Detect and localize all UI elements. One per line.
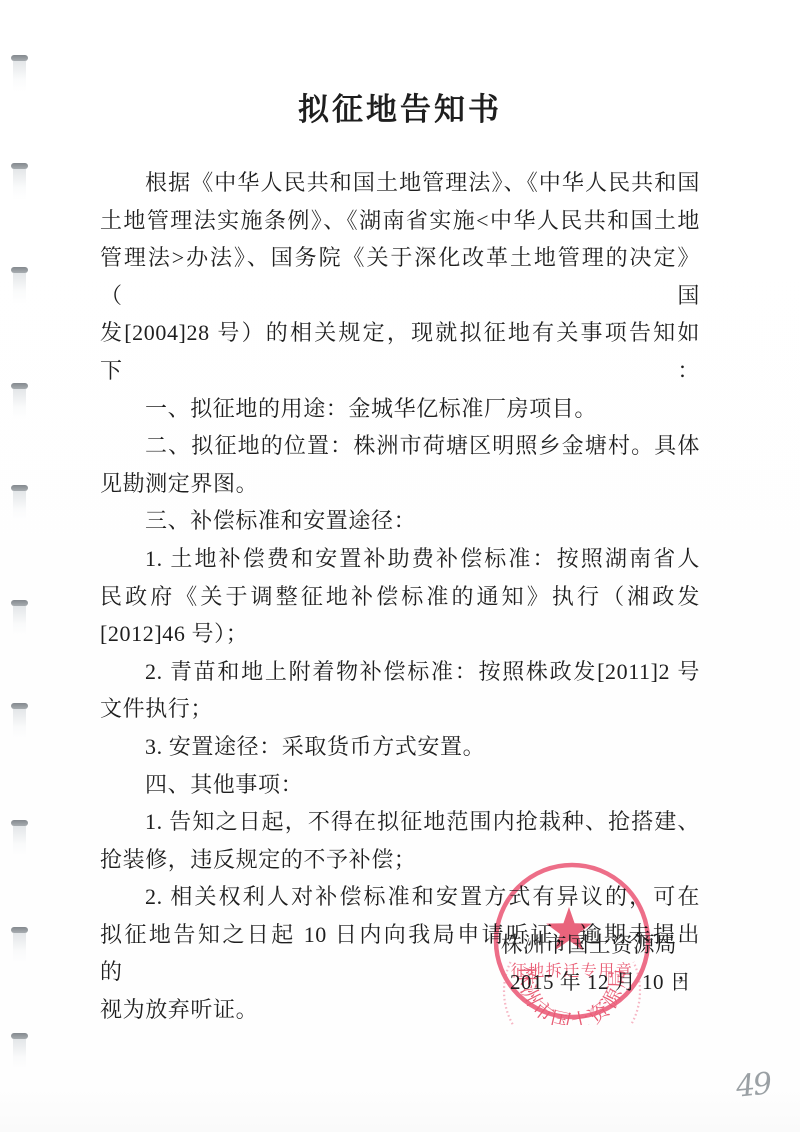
binder-mark — [10, 485, 28, 525]
body-line: 发[2004]28 号）的相关规定，现就拟征地有关事项告知如下： — [100, 314, 700, 389]
body-line: 土地管理法实施条例》、《湖南省实施<中华人民共和国土地 — [100, 202, 700, 240]
binder-mark — [10, 927, 28, 967]
document-page: 拟征地告知书 根据《中华人民共和国土地管理法》、《中华人民共和国土地管理法实施条… — [0, 0, 800, 1132]
binder-mark — [10, 267, 28, 307]
binder-mark — [10, 820, 28, 860]
body-line: 二、拟征地的位置：株洲市荷塘区明照乡金塘村。具体 — [100, 427, 700, 465]
body-line: 1. 土地补偿费和安置补助费补偿标准：按照湖南省人 — [100, 540, 700, 578]
body-line: [2012]46 号）； — [100, 615, 700, 653]
body-line: 根据《中华人民共和国土地管理法》、《中华人民共和国 — [100, 164, 700, 202]
body-line: 2. 青苗和地上附着物补偿标准：按照株政发[2011]2 号 — [100, 653, 700, 691]
body-line: 视为放弃听证。 — [100, 991, 700, 1029]
body-line: 民政府《关于调整征地补偿标准的通知》执行（湘政发 — [100, 578, 700, 616]
body-line: 1. 告知之日起，不得在拟征地范围内抢栽种、抢搭建、 — [100, 803, 700, 841]
binder-mark — [10, 383, 28, 423]
body-line: 三、补偿标准和安置途径： — [100, 502, 700, 540]
body-line: 文件执行； — [100, 690, 700, 728]
document-body: 根据《中华人民共和国土地管理法》、《中华人民共和国土地管理法实施条例》、《湖南省… — [100, 164, 700, 1029]
body-line: 见勘测定界图。 — [100, 465, 700, 503]
body-line: 3. 安置途径：采取货币方式安置。 — [100, 728, 700, 766]
binder-mark — [10, 163, 28, 203]
body-line: 四、其他事项： — [100, 766, 700, 804]
handwritten-page-number: 49 — [734, 1066, 772, 1104]
binder-mark — [10, 1033, 28, 1073]
body-line: 抢装修，违反规定的不予补偿； — [100, 841, 700, 879]
issue-date: 2015 年 12 月 10 日 — [510, 966, 691, 996]
body-line: 管理法>办法》、国务院《关于深化改革土地管理的决定》（国 — [100, 239, 700, 314]
body-line: 2. 相关权利人对补偿标准和安置方式有异议的，可在 — [100, 878, 700, 916]
page-title: 拟征地告知书 — [0, 84, 800, 129]
issuer-name: 株洲市国土资源局 — [501, 928, 677, 959]
binder-mark — [10, 703, 28, 743]
body-line: 一、拟征地的用途：金城华亿标准厂房项目。 — [100, 390, 700, 428]
binder-mark — [10, 600, 28, 640]
